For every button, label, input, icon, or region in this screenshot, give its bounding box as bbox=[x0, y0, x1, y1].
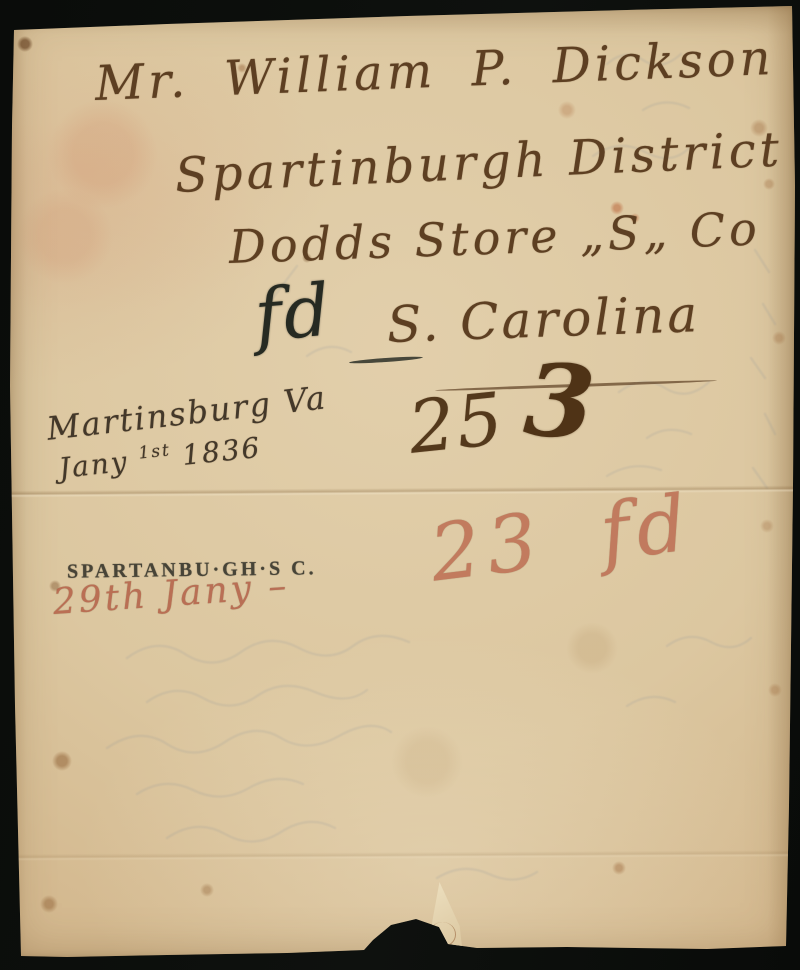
ink-flourish-dash bbox=[349, 355, 423, 364]
fold-crease-faint bbox=[7, 850, 795, 861]
manuscript-squiggle: 3 bbox=[521, 340, 599, 463]
forwarded-note: fd bbox=[251, 267, 335, 357]
docket-year: 1836 bbox=[181, 431, 263, 472]
address-line-store: Dodds Store „S„ Co bbox=[228, 201, 761, 274]
manuscript-rate-25: 25 bbox=[405, 376, 509, 470]
scanned-letter: Mr. William P. Dickson Spartinburgh Dist… bbox=[0, 0, 800, 970]
address-line-recipient: Mr. William P. Dickson bbox=[94, 30, 776, 112]
address-line-district: Spartinburgh District bbox=[174, 121, 784, 203]
docket-day: 1st bbox=[138, 440, 172, 463]
letter-paper: Mr. William P. Dickson Spartinburgh Dist… bbox=[7, 6, 795, 958]
torn-paper-flap bbox=[421, 882, 465, 958]
manuscript-rate-red: 23 fd bbox=[426, 478, 699, 599]
docket-month: Jany bbox=[57, 445, 130, 485]
